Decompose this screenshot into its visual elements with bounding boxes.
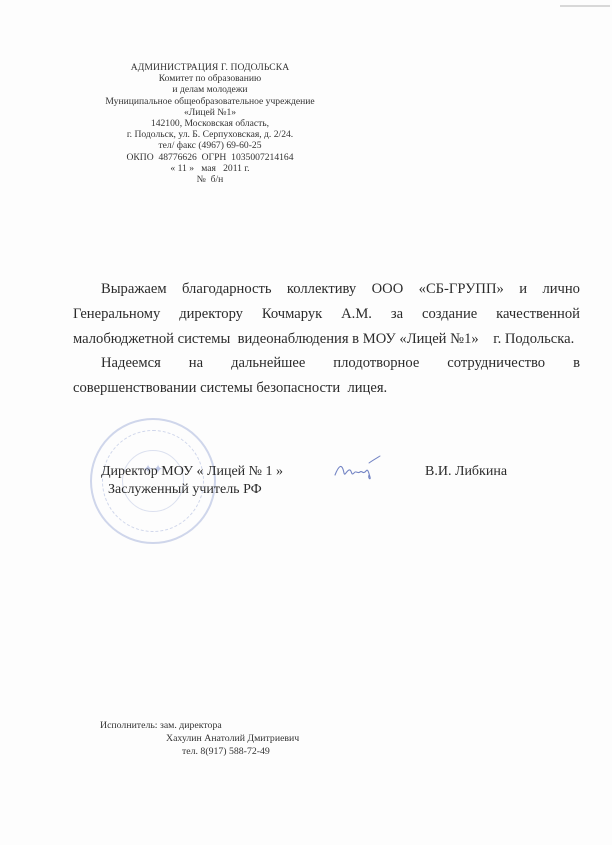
word: коллективу (287, 277, 356, 302)
word: Надеемся (101, 351, 161, 376)
letter-body: Выражаем благодарность коллективу ООО «С… (73, 277, 580, 401)
letterhead-administration: АДМИНИСТРАЦИЯ Г. ПОДОЛЬСКА (80, 62, 340, 73)
signatory-honorific: Заслуженный учитель РФ (108, 481, 262, 498)
letterhead-postcode: 142100, Московская область, (80, 118, 340, 129)
paragraph2-line1: Надеемся на дальнейшее плодотворное сотр… (73, 351, 580, 376)
letterhead-address: г. Подольск, ул. Б. Серпуховская, д. 2/2… (80, 129, 340, 140)
word: в (573, 351, 580, 376)
letterhead-committee: Комитет по образованию (80, 73, 340, 84)
signer-name: В.И. Либкина (425, 463, 507, 480)
scan-edge (560, 5, 610, 7)
word: плодотворное (333, 351, 419, 376)
executor-block: Исполнитель: зам. директора Хахулин Анат… (100, 719, 299, 758)
word: лично (542, 277, 580, 302)
word: за (391, 302, 403, 327)
letterhead-codes: ОКПО 48776626 ОГРН 1035007214164 (80, 152, 340, 163)
letterhead-date: « 11 » мая 2011 г. (80, 163, 340, 174)
signatory-title: Директор МОУ « Лицей № 1 » (101, 463, 283, 480)
word: создание (422, 302, 477, 327)
word: А.М. (341, 302, 372, 327)
word: «СБ-ГРУПП» (419, 277, 504, 302)
word: сотрудничество (447, 351, 545, 376)
letter-page: АДМИНИСТРАЦИЯ Г. ПОДОЛЬСКА Комитет по об… (0, 0, 612, 845)
executor-position: Исполнитель: зам. директора (100, 719, 299, 732)
executor-phone: тел. 8(917) 588-72-49 (100, 745, 299, 758)
word: на (189, 351, 203, 376)
word: Генеральному (73, 302, 160, 327)
word: и (519, 277, 527, 302)
word: ООО (372, 277, 404, 302)
word: директору (179, 302, 243, 327)
paragraph1-line3: малобюджетной системы видеонаблюдения в … (73, 327, 580, 352)
letterhead-committee-cont: и делам молодежи (80, 84, 340, 95)
paragraph1-line2: Генеральному директору Кочмарук А.М. за … (73, 302, 580, 327)
word: Выражаем (101, 277, 167, 302)
word: благодарность (182, 277, 272, 302)
paragraph1-line1: Выражаем благодарность коллективу ООО «С… (73, 277, 580, 302)
letterhead: АДМИНИСТРАЦИЯ Г. ПОДОЛЬСКА Комитет по об… (80, 62, 340, 185)
letterhead-institution: Муниципальное общеобразовательное учрежд… (80, 96, 340, 107)
letterhead-number: № б/н (80, 174, 340, 185)
word: дальнейшее (231, 351, 305, 376)
word: качественной (496, 302, 580, 327)
paragraph2-line2: совершенствовании системы безопасности л… (73, 376, 580, 401)
letterhead-institution-name: «Лицей №1» (80, 107, 340, 118)
executor-name: Хахулин Анатолий Дмитриевич (100, 732, 299, 745)
letterhead-phone: тел/ факс (4967) 69-60-25 (80, 140, 340, 151)
word: Кочмарук (262, 302, 322, 327)
handwritten-signature-icon (333, 455, 381, 481)
